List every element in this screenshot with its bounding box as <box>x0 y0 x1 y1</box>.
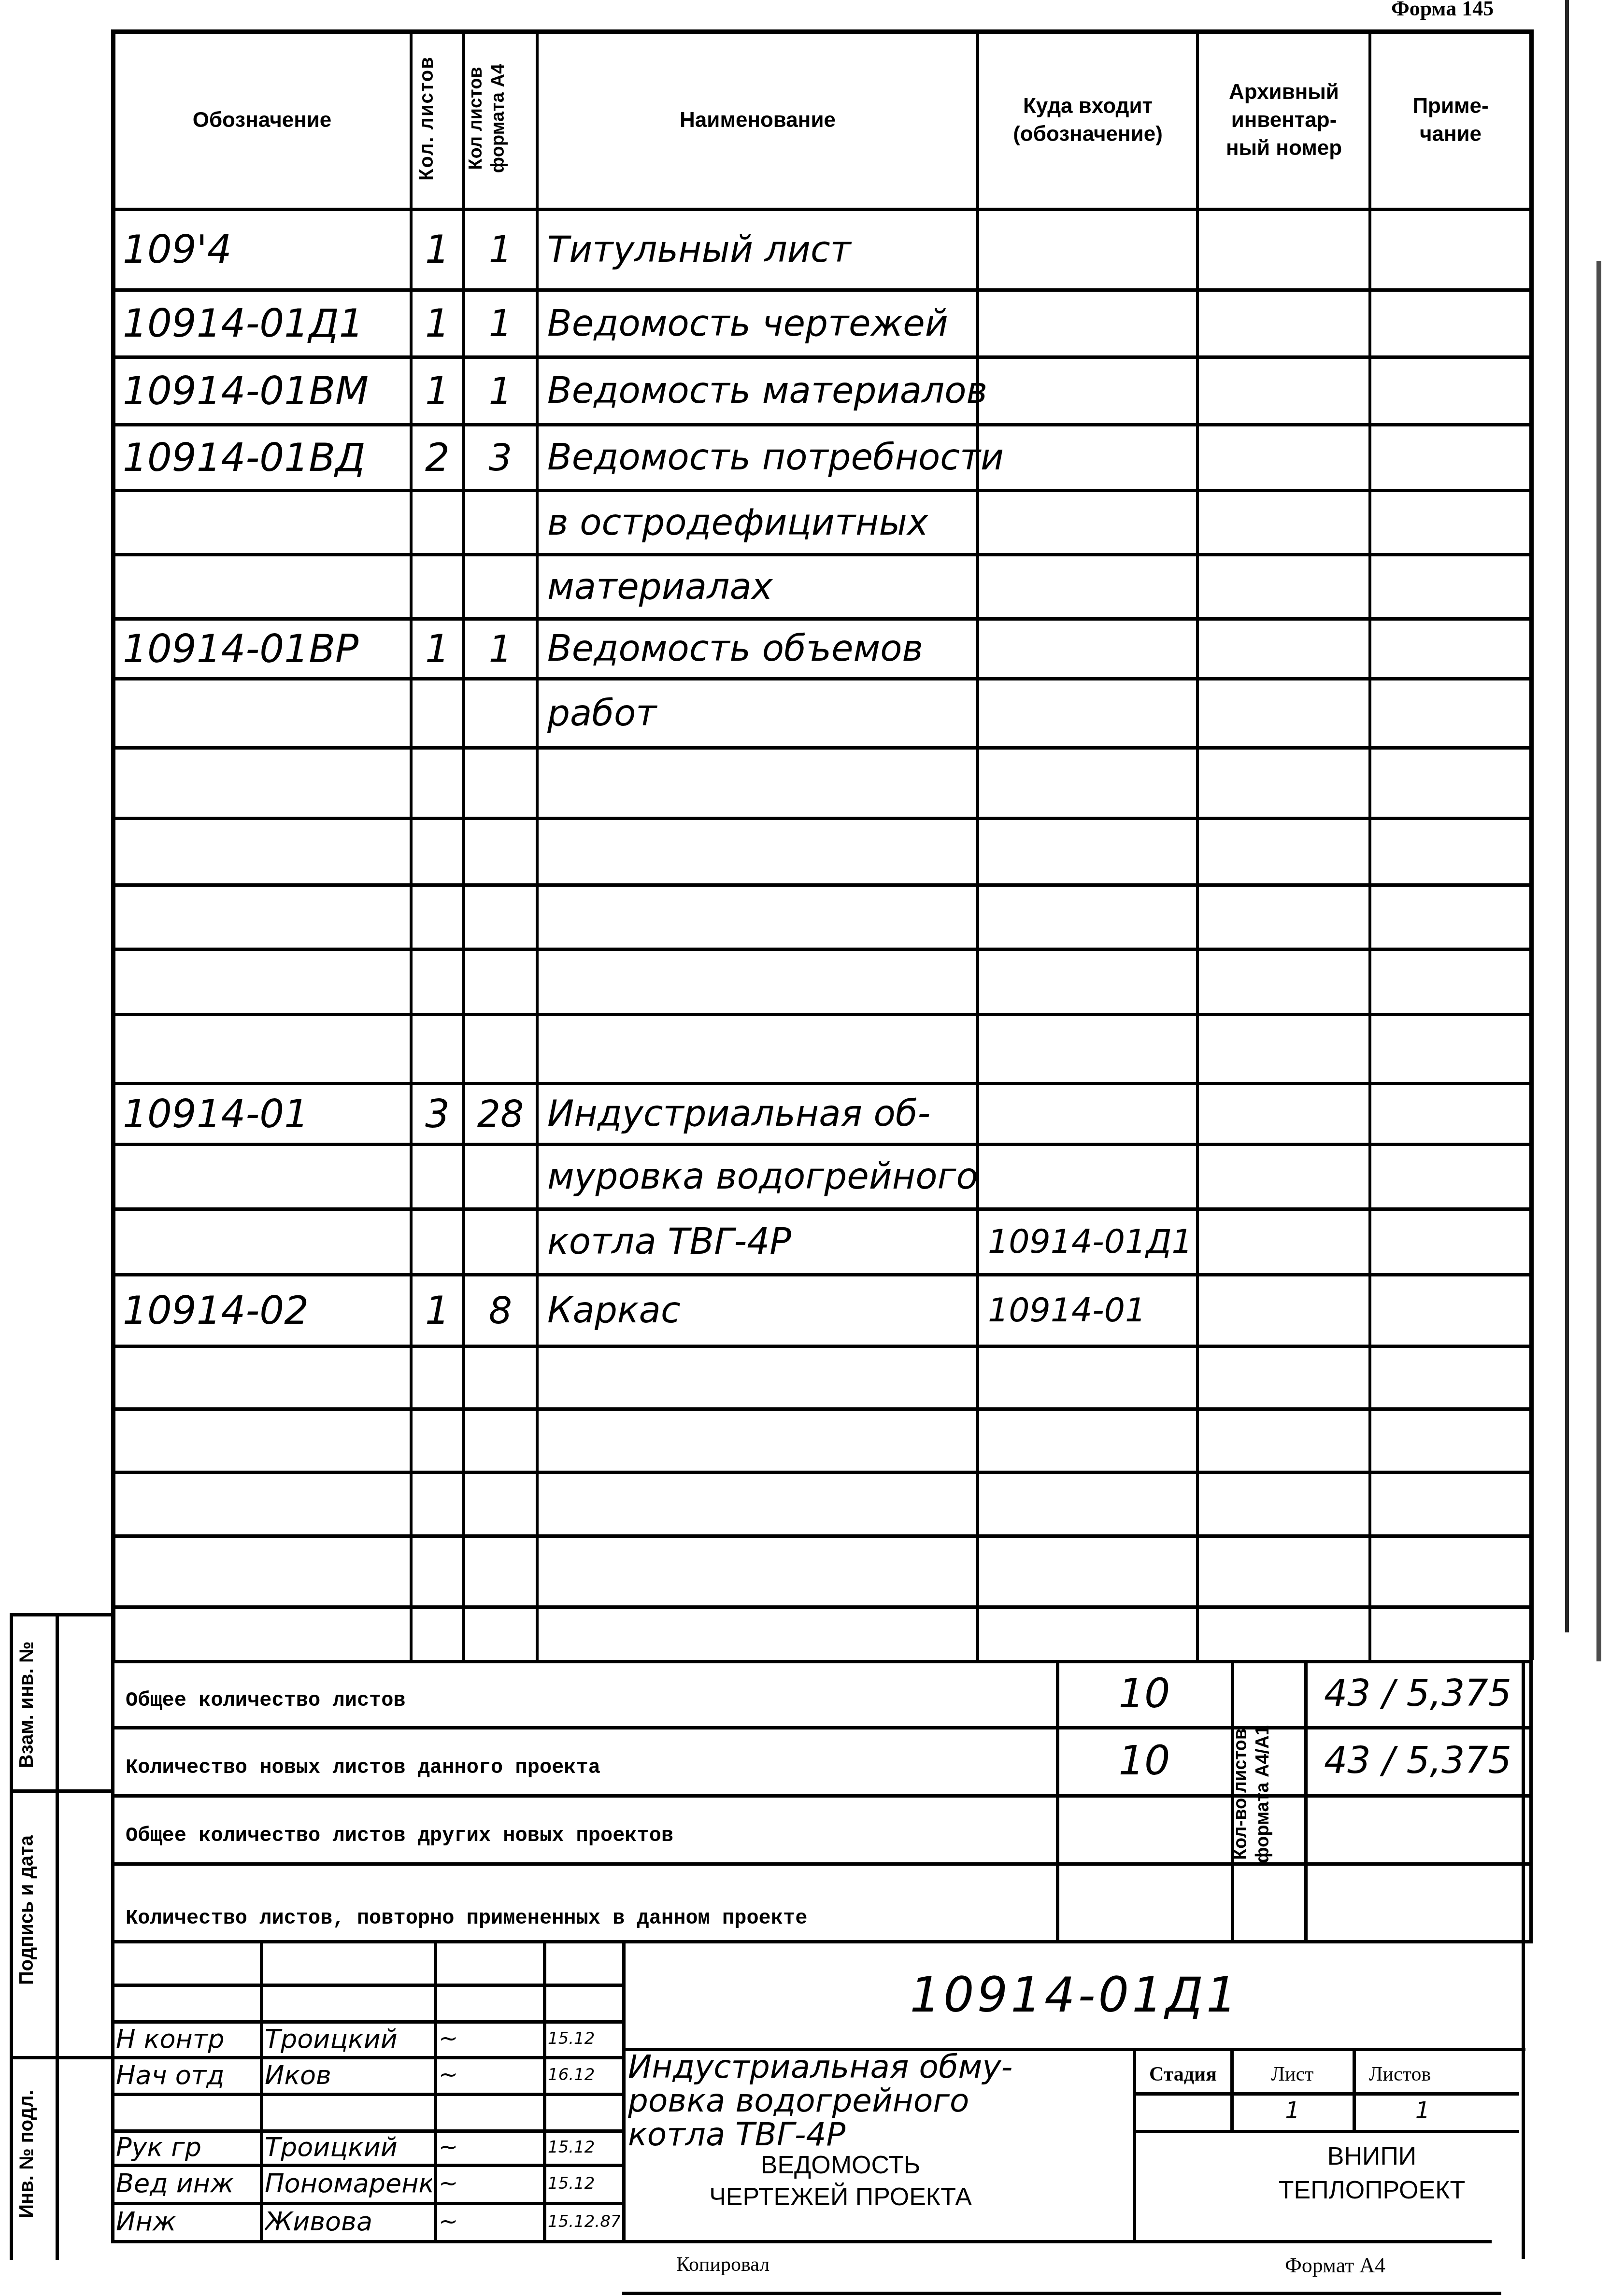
signature-role: Н контр <box>116 2022 258 2055</box>
summary-value: 10 <box>1061 1729 1228 1791</box>
cell-sheets-a4 <box>467 750 534 816</box>
margin-label-replaced-inv-text: Взам. инв. № <box>16 1642 37 1768</box>
signature-name: Иков <box>265 2058 432 2092</box>
grid-line <box>1529 1660 1533 1940</box>
form-label: Форма 145 <box>1391 0 1494 21</box>
summary-label: Общее количество листов <box>126 1674 1051 1726</box>
margin-label-original-inv: Инв. № подл. <box>14 2028 39 2280</box>
cell-included-in <box>981 750 1194 816</box>
cell-designation <box>116 1474 408 1533</box>
cell-sheets-a4 <box>467 1538 534 1604</box>
grid-line <box>111 288 1533 292</box>
grid-line <box>111 948 1533 951</box>
organization-line1: ВНИПИ <box>1237 2140 1507 2173</box>
grid-line <box>111 817 1533 820</box>
cell-included-in <box>981 292 1194 354</box>
cell-sheets <box>414 821 460 882</box>
cell-sheets-a4: 8 <box>467 1277 534 1344</box>
grid-line <box>111 423 1533 426</box>
header-note-line2: чание <box>1420 120 1482 148</box>
cell-included-in <box>981 1411 1194 1470</box>
signature-mark: ~ <box>439 2131 541 2163</box>
cell-sheets-a4 <box>467 887 534 947</box>
paper-edge-right-2 <box>1596 261 1601 1661</box>
doc-title-line2: ЧЕРТЕЖЕЙ ПРОЕКТА <box>623 2181 1058 2213</box>
cell-name: Ведомость потребности <box>541 427 974 488</box>
cell-sheets-a4: 1 <box>467 212 534 287</box>
cell-name: работ <box>541 681 974 745</box>
title-sheet-label: Лист <box>1233 2057 1352 2091</box>
title-sheet-value: 1 <box>1233 2096 1352 2125</box>
grid-line <box>56 1613 59 2260</box>
summary-label: Количество новых листов данного проекта <box>126 1741 1051 1794</box>
footer-format: Формат А4 <box>1285 2253 1385 2278</box>
header-sheets-a4-line1: Кол листов <box>465 31 487 205</box>
signature-mark: ~ <box>439 2022 541 2055</box>
signature-name <box>265 2095 432 2128</box>
grid-line <box>1056 1660 1059 1940</box>
summary-a4-a1-value <box>1309 1797 1526 1859</box>
grid-line <box>260 1940 263 2240</box>
cell-included-in <box>981 212 1194 287</box>
cell-included-in <box>981 1474 1194 1533</box>
signature-mark <box>439 2095 541 2128</box>
sheets-label-text: Листов <box>1369 2063 1431 2086</box>
grid-line <box>111 746 1533 750</box>
cell-name <box>541 1538 974 1604</box>
summary-value <box>1061 1797 1228 1859</box>
signature-mark <box>439 1985 541 2019</box>
cell-designation <box>116 1348 408 1406</box>
signature-name: Троицкий <box>265 2022 432 2055</box>
cell-sheets <box>414 493 460 552</box>
grid-line <box>976 29 979 1660</box>
stage-label-text: Стадия <box>1149 2063 1217 2086</box>
cell-name <box>541 1348 974 1406</box>
cell-designation <box>116 1211 408 1272</box>
title-organization: ВНИПИ ТЕПЛОПРОЕКТ <box>1237 2140 1507 2207</box>
cell-sheets-a4 <box>467 1211 534 1272</box>
header-sheets-count-text: Кол. листов <box>416 56 437 181</box>
cell-name: Ведомость материалов <box>541 359 974 422</box>
cell-sheets: 1 <box>414 292 460 354</box>
cell-included-in: 10914-01 <box>981 1277 1194 1344</box>
signature-name: Живова <box>265 2204 432 2239</box>
sheet-label-text: Лист <box>1271 2063 1314 2086</box>
cell-designation <box>116 750 408 816</box>
cell-sheets: 2 <box>414 427 460 488</box>
grid-line <box>111 489 1533 492</box>
margin-label-original-inv-text: Инв. № подл. <box>16 2090 37 2218</box>
cell-designation: 10914-02 <box>116 1277 408 1344</box>
signature-date: 15.12 <box>548 2131 620 2163</box>
title-doc-title: ВЕДОМОСТЬ ЧЕРТЕЖЕЙ ПРОЕКТА <box>623 2149 1058 2213</box>
summary-a4-a1-value: 43 / 5,375 <box>1309 1663 1526 1723</box>
cell-sheets <box>414 951 460 1012</box>
cell-name: Ведомость чертежей <box>541 292 974 354</box>
cell-sheets-a4 <box>467 951 534 1012</box>
summary-value: 10 <box>1061 1663 1228 1723</box>
cell-sheets-a4: 28 <box>467 1086 534 1142</box>
cell-included-in <box>981 821 1194 882</box>
cell-sheets <box>414 750 460 816</box>
header-included-in-line1: Куда входит <box>1023 92 1153 120</box>
cell-included-in <box>981 621 1194 676</box>
header-name-text: Наименование <box>680 106 836 134</box>
grid-line <box>111 1207 1533 1211</box>
grid-line <box>10 1613 13 2260</box>
object-name-line1: Индустриальная обму- <box>628 2050 1135 2084</box>
cell-designation <box>116 887 408 947</box>
cell-designation <box>116 493 408 552</box>
margin-label-signature-date: Подпись и дата <box>14 1801 39 2019</box>
grid-line <box>111 208 1533 211</box>
header-included-in: Куда входит (обозначение) <box>980 33 1196 208</box>
cell-sheets: 1 <box>414 212 460 287</box>
grid-line <box>111 553 1533 556</box>
grid-line <box>543 1940 546 2240</box>
cell-name: материалах <box>541 557 974 616</box>
cell-designation: 10914-01Д1 <box>116 292 408 354</box>
cell-included-in <box>981 951 1194 1012</box>
header-designation-text: Обозначение <box>193 106 332 134</box>
cell-name <box>541 821 974 882</box>
title-sheets-label: Листов <box>1358 2057 1503 2091</box>
header-archive-line2: инвентар- <box>1231 106 1337 134</box>
cell-sheets: 3 <box>414 1086 460 1142</box>
signature-name <box>265 1942 432 1983</box>
grid-line <box>462 29 465 1660</box>
cell-sheets-a4 <box>467 1147 534 1206</box>
summary-value <box>1061 1865 1228 1937</box>
header-included-in-line2: (обозначение) <box>1013 120 1163 148</box>
sheet-value-text: 1 <box>1285 2097 1300 2124</box>
cell-included-in <box>981 1538 1194 1604</box>
signature-mark: ~ <box>439 2204 541 2239</box>
cell-sheets <box>414 1538 460 1604</box>
signature-role: Инж <box>116 2204 258 2239</box>
grid-line <box>111 1940 114 2240</box>
grid-line <box>111 1605 1533 1609</box>
cell-sheets-a4: 1 <box>467 621 534 676</box>
grid-line <box>111 355 1533 359</box>
cell-sheets-a4: 1 <box>467 292 534 354</box>
grid-line <box>1529 29 1534 1660</box>
summary-a4-a1-value <box>1309 1865 1526 1937</box>
header-sheets-count: Кол. листов <box>414 31 439 205</box>
cell-sheets <box>414 1348 460 1406</box>
title-sheets-value: 1 <box>1355 2096 1490 2125</box>
signature-date: 15.12.87 <box>548 2204 620 2239</box>
signature-date: 15.12 <box>548 2022 620 2055</box>
signature-role <box>116 2095 258 2128</box>
grid-line <box>1304 1660 1308 1940</box>
cell-name: муровка водогрейного <box>541 1147 974 1206</box>
summary-a4-a1-label: Кол-во листов формата А4/А1 <box>1229 1664 1274 1925</box>
title-document-code-text: 10914-01Д1 <box>910 1967 1240 2023</box>
object-name-line2: ровка водогрейного <box>628 2084 1135 2118</box>
cell-name: Титульный лист <box>541 212 974 287</box>
cell-sheets <box>414 1211 460 1272</box>
cell-name: Каркас <box>541 1277 974 1344</box>
cell-sheets <box>414 557 460 616</box>
header-note-line1: Приме- <box>1412 92 1488 120</box>
header-note: Приме- чание <box>1372 33 1529 208</box>
cell-sheets <box>414 1411 460 1470</box>
grid-line <box>410 29 413 1660</box>
object-name-line3: котла ТВГ-4Р <box>628 2118 1135 2152</box>
cell-sheets <box>414 681 460 745</box>
cell-name: Индустриальная об- <box>541 1086 974 1142</box>
header-name: Наименование <box>539 33 976 208</box>
grid-line <box>111 617 1533 621</box>
signature-date <box>548 1985 620 2019</box>
signature-role: Вед инж <box>116 2166 258 2201</box>
cell-designation <box>116 1017 408 1081</box>
cell-name: Ведомость объемов <box>541 621 974 676</box>
grid-line <box>1133 2092 1519 2096</box>
cell-sheets-a4 <box>467 1411 534 1470</box>
cell-name <box>541 1411 974 1470</box>
cell-sheets-a4 <box>467 493 534 552</box>
signature-date: 16.12 <box>548 2058 620 2092</box>
grid-line <box>1196 29 1199 1660</box>
header-archive-number: Архивный инвентар- ный номер <box>1199 33 1368 208</box>
grid-line <box>111 29 115 1660</box>
cell-name <box>541 951 974 1012</box>
cell-designation: 10914-01ВД <box>116 427 408 488</box>
signature-role: Нач отд <box>116 2058 258 2092</box>
cell-included-in <box>981 681 1194 745</box>
grid-line <box>111 1143 1533 1146</box>
cell-designation: 10914-01 <box>116 1086 408 1142</box>
cell-name <box>541 1017 974 1081</box>
signature-name: Троицкий <box>265 2131 432 2163</box>
title-stage-value <box>1136 2096 1230 2125</box>
cell-designation: 10914-01ВР <box>116 621 408 676</box>
cell-designation <box>116 681 408 745</box>
cell-designation <box>116 1538 408 1604</box>
cell-included-in <box>981 1147 1194 1206</box>
cell-sheets-a4: 1 <box>467 359 534 422</box>
cell-sheets <box>414 1017 460 1081</box>
signature-role <box>116 1985 258 2019</box>
cell-name <box>541 750 974 816</box>
grid-line <box>111 677 1533 680</box>
grid-line <box>536 29 539 1660</box>
sheets-value-text: 1 <box>1415 2097 1430 2124</box>
cell-sheets <box>414 1474 460 1533</box>
cell-sheets-a4 <box>467 1017 534 1081</box>
cell-sheets-a4 <box>467 821 534 882</box>
cell-sheets-a4: 3 <box>467 427 534 488</box>
cell-included-in <box>981 1348 1194 1406</box>
footer-copied: Копировал <box>676 2253 769 2276</box>
signature-role: Рук гр <box>116 2131 258 2163</box>
cell-designation <box>116 951 408 1012</box>
cell-sheets-a4 <box>467 1474 534 1533</box>
grid-line <box>434 1940 437 2240</box>
cell-designation: 109'4 <box>116 212 408 287</box>
header-sheets-a4-line2: формата А4 <box>487 31 509 205</box>
title-stage-label: Стадия <box>1136 2057 1230 2091</box>
header-archive-line1: Архивный <box>1229 78 1339 106</box>
cell-sheets-a4 <box>467 1348 534 1406</box>
doc-title-line1: ВЕДОМОСТЬ <box>623 2149 1058 2181</box>
grid-line <box>111 1534 1533 1538</box>
margin-label-signature-date-text: Подпись и дата <box>16 1835 37 1985</box>
margin-label-replaced-inv: Взам. инв. № <box>14 1611 39 1799</box>
summary-a4-a1-line2: формата А4/А1 <box>1252 1664 1274 1925</box>
grid-line <box>1133 2130 1519 2133</box>
cell-included-in <box>981 359 1194 422</box>
cell-sheets: 1 <box>414 621 460 676</box>
cell-included-in <box>981 1017 1194 1081</box>
cell-designation <box>116 1411 408 1470</box>
cell-designation <box>116 557 408 616</box>
cell-included-in <box>981 493 1194 552</box>
grid-line <box>111 1082 1533 1085</box>
grid-line <box>111 1345 1533 1348</box>
cell-sheets-a4 <box>467 681 534 745</box>
cell-included-in <box>981 427 1194 488</box>
summary-label: Общее количество листов других новых про… <box>126 1809 1051 1862</box>
grid-line <box>622 2240 1492 2243</box>
signature-date <box>548 2095 620 2128</box>
grid-line <box>111 1407 1533 1411</box>
cell-included-in <box>981 887 1194 947</box>
grid-line <box>111 1273 1533 1276</box>
signature-date: 15.12 <box>548 2166 620 2201</box>
cell-included-in: 10914-01Д1 <box>981 1211 1194 1272</box>
cell-designation <box>116 1147 408 1206</box>
signature-mark: ~ <box>439 2058 541 2092</box>
cell-name <box>541 887 974 947</box>
header-archive-line3: ный номер <box>1226 134 1342 162</box>
cell-sheets <box>414 887 460 947</box>
cell-included-in <box>981 557 1194 616</box>
summary-a4-a1-value: 43 / 5,375 <box>1309 1729 1526 1791</box>
signature-name: Пономаренко <box>265 2166 432 2201</box>
grid-line <box>111 1660 114 1940</box>
cell-sheets-a4 <box>467 557 534 616</box>
signature-role <box>116 1942 258 1983</box>
grid-line <box>111 1013 1533 1016</box>
signature-mark <box>439 1942 541 1983</box>
cell-sheets: 1 <box>414 1277 460 1344</box>
cell-sheets <box>414 1147 460 1206</box>
title-object-name: Индустриальная обму- ровка водогрейного … <box>628 2050 1135 2152</box>
grid-line <box>1368 29 1371 1660</box>
signature-date <box>548 1942 620 1983</box>
cell-designation <box>116 821 408 882</box>
cell-name: в остродефицитных <box>541 493 974 552</box>
grid-line <box>111 1471 1533 1474</box>
grid-line <box>622 2292 1501 2295</box>
organization-line2: ТЕПЛОПРОЕКТ <box>1237 2173 1507 2207</box>
cell-sheets: 1 <box>414 359 460 422</box>
paper-edge-right <box>1565 0 1569 1632</box>
cell-designation: 10914-01ВМ <box>116 359 408 422</box>
grid-line <box>111 2240 622 2243</box>
signature-mark: ~ <box>439 2166 541 2201</box>
title-document-code: 10914-01Д1 <box>623 1942 1526 2048</box>
cell-name: котла ТВГ-4Р <box>541 1211 974 1272</box>
header-sheets-a4: Кол листов формата А4 <box>465 31 509 205</box>
signature-name <box>265 1985 432 2019</box>
cell-name <box>541 1474 974 1533</box>
summary-a4-a1-line1: Кол-во листов <box>1229 1664 1252 1925</box>
grid-line <box>111 883 1533 887</box>
header-designation: Обозначение <box>114 33 410 208</box>
cell-included-in <box>981 1086 1194 1142</box>
